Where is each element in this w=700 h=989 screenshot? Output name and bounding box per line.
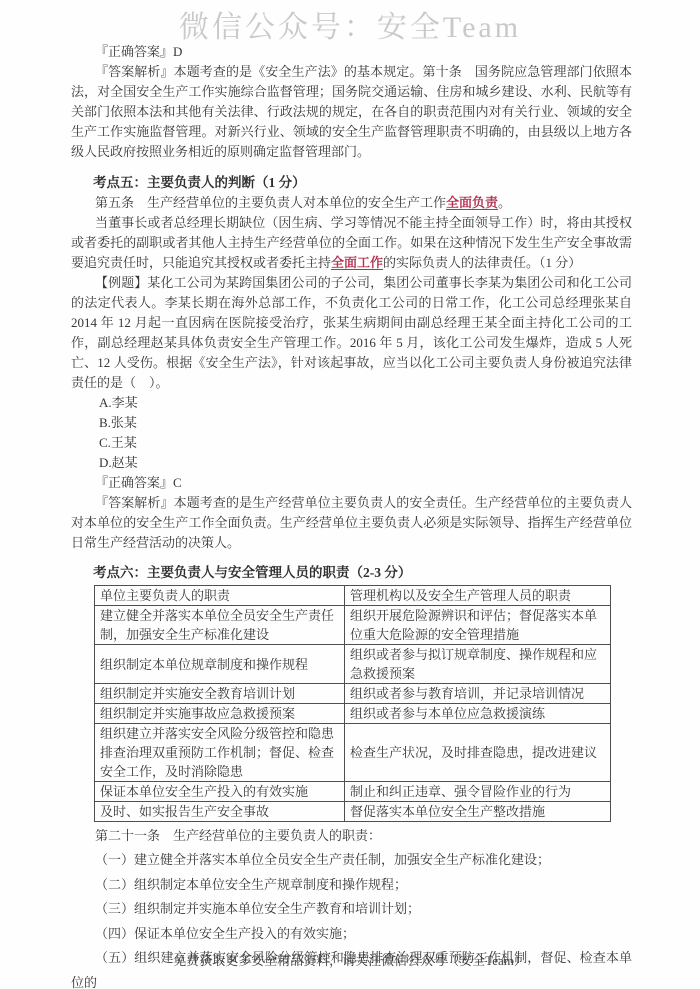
table-cell-right: 组织或者参与拟订规章制度、操作规程和应急救援预案: [345, 645, 611, 684]
table-cell-right: 组织开展危险源辨识和评估；督促落实本单位重大危险源的安全管理措施: [345, 606, 611, 645]
article21-item-3: （三）组织制定并实施本单位安全生产教育和培训计划；: [71, 897, 632, 922]
table-cell-left: 组织制定并实施事故应急救援预案: [95, 704, 345, 724]
table-row: 组织制定本单位规章制度和操作规程 组织或者参与拟订规章制度、操作规程和应急救援预…: [95, 645, 611, 684]
option-c: C.王某: [99, 433, 632, 453]
note-text-post: 的实际负责人的法律责任。（1 分）: [383, 255, 581, 270]
table-row: 单位主要负责人的职责 管理机构以及安全生产管理人员的职责: [95, 586, 611, 606]
table-cell-left: 保证本单位安全生产投入的有效实施: [95, 782, 345, 802]
table-cell-right: 组织或者参与本单位应急救援演练: [345, 704, 611, 724]
duties-comparison-table: 单位主要负责人的职责 管理机构以及安全生产管理人员的职责 建立健全并落实本单位全…: [94, 585, 611, 822]
table-cell-left: 单位主要负责人的职责: [95, 586, 345, 606]
table-cell-left: 组织制定并实施安全教育培训计划: [95, 684, 345, 704]
q2-correct-answer-line: 『正确答案』C: [71, 473, 632, 493]
section5-note-paragraph: 当董事长或者总经理长期缺位（因生病、学习等情况不能主持全面领导工作）时，将由其授…: [71, 213, 632, 273]
table-row: 保证本单位安全生产投入的有效实施 制止和纠正违章、强令冒险作业的行为: [95, 782, 611, 802]
q1-correct-answer-line: 『正确答案』D: [71, 42, 632, 62]
q1-analysis-paragraph: 『答案解析』本题考查的是《安全生产法》的基本规定。第十条 国务院应急管理部门依照…: [71, 62, 632, 162]
section5-heading: 考点五：主要负责人的判断（1 分）: [93, 173, 632, 193]
article21-item-4: （四）保证本单位安全生产投入的有效实施；: [71, 922, 632, 947]
table-row: 及时、如实报告生产安全事故 督促落实本单位安全生产整改措施: [95, 802, 611, 822]
table-cell-left: 组织建立并落实安全风险分级管控和隐患排查治理双重预防工作机制；督促、检查安全工作…: [95, 724, 345, 782]
option-list: A.李某 B.张某 C.王某 D.赵某: [71, 393, 632, 473]
table-row: 组织制定并实施事故应急救援预案 组织或者参与本单位应急救援演练: [95, 704, 611, 724]
table-cell-right: 管理机构以及安全生产管理人员的职责: [345, 586, 611, 606]
article21-title: 第二十一条 生产经营单位的主要负责人的职责：: [71, 824, 632, 848]
table-cell-left: 及时、如实报告生产安全事故: [95, 802, 345, 822]
table-cell-left: 建立健全并落实本单位全员安全生产责任制，加强安全生产标准化建设: [95, 606, 345, 645]
table-cell-right: 检查生产状况，及时排查隐患，提改进建议: [345, 724, 611, 782]
table-cell-right: 制止和纠正违章、强令冒险作业的行为: [345, 782, 611, 802]
article21-item-1: （一）建立健全并落实本单位全员安全生产责任制，加强安全生产标准化建设；: [71, 848, 632, 873]
note-red-highlight: 全面工作: [331, 255, 383, 270]
section6-heading: 考点六：主要负责人与安全管理人员的职责（2-3 分）: [93, 563, 632, 583]
table-cell-right: 督促落实本单位安全生产整改措施: [345, 802, 611, 822]
table-cell-right: 组织或者参与教育培训，并记录培训情况: [345, 684, 611, 704]
article5-red-highlight: 全面负责: [446, 195, 498, 210]
article5-paragraph: 第五条 生产经营单位的主要负责人对本单位的安全生产工作全面负责。: [71, 193, 632, 213]
table-row: 组织制定并实施安全教育培训计划 组织或者参与教育培训，并记录培训情况: [95, 684, 611, 704]
document-page: 『正确答案』D 『答案解析』本题考查的是《安全生产法》的基本规定。第十条 国务院…: [71, 42, 632, 989]
table-row: 组织建立并落实安全风险分级管控和隐患排查治理双重预防工作机制；督促、检查安全工作…: [95, 724, 611, 782]
article5-text-post: 。: [498, 195, 511, 210]
option-a: A.李某: [99, 393, 632, 413]
article5-text-pre: 第五条 生产经营单位的主要负责人对本单位的安全生产工作: [95, 195, 446, 210]
option-b: B.张某: [99, 413, 632, 433]
table-cell-left: 组织制定本单位规章制度和操作规程: [95, 645, 345, 684]
table-row: 建立健全并落实本单位全员安全生产责任制，加强安全生产标准化建设 组织开展危险源辨…: [95, 606, 611, 645]
footer-text: 免费获取更多安全精品资料，请关注微信公众号（安全Team）: [0, 950, 700, 969]
q2-analysis-paragraph: 『答案解析』本题考查的是生产经营单位主要负责人的安全责任。生产经营单位的主要负责…: [71, 493, 632, 553]
watermark-text: 微信公众号：安全Team: [0, 2, 700, 46]
option-d: D.赵某: [99, 453, 632, 473]
example-question-paragraph: 【例题】某化工公司为某跨国集团公司的子公司，集团公司董事长李某为集团公司和化工公…: [71, 273, 632, 393]
article21-item-2: （二）组织制定本单位安全生产规章制度和操作规程；: [71, 873, 632, 898]
